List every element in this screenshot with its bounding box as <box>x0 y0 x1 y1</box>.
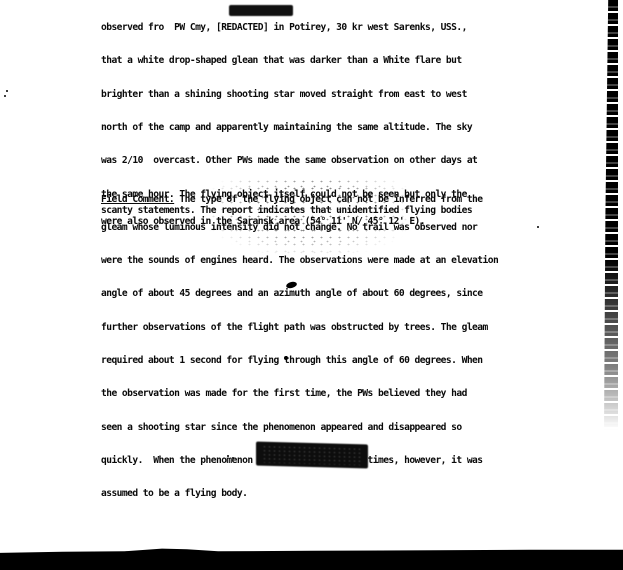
ink-dot <box>537 226 539 228</box>
text-line: that a white drop-shaped glean that was … <box>101 55 556 66</box>
scanned-document-page: observed fro PW Cmy, [REDACTED] in Potir… <box>0 0 623 570</box>
text-line: the observation was made for the first t… <box>101 388 556 399</box>
redacted-name-block <box>229 5 293 16</box>
redacted-bottom-block <box>256 442 368 469</box>
text-line: seen a shooting star since the phenomeno… <box>101 422 556 433</box>
text-line: brighter than a shining shooting star mo… <box>101 89 556 100</box>
text-line: was 2/10 overcast. Other PWs made the sa… <box>101 155 556 166</box>
ink-dot <box>284 356 288 360</box>
page-right-edge-shadow <box>604 0 618 430</box>
field-comment-label: Field Comment. <box>101 194 174 205</box>
text-line: angle of about 45 degrees and an azimuth… <box>101 288 556 299</box>
ink-dot <box>6 90 8 92</box>
text-line: assumed to be a flying body. <box>101 488 556 499</box>
text-line: north of the camp and apparently maintai… <box>101 122 556 133</box>
ink-dot <box>232 457 234 459</box>
text-line: observed fro PW Cmy, [REDACTED] in Potir… <box>101 22 556 33</box>
text-line: required about 1 second for flying throu… <box>101 355 556 366</box>
ink-dot <box>227 455 229 457</box>
page-bottom-edge-shadow <box>0 544 623 570</box>
ink-dot <box>4 95 6 97</box>
scan-noise-speckles <box>200 178 420 258</box>
text-line: further observations of the flight path … <box>101 322 556 333</box>
